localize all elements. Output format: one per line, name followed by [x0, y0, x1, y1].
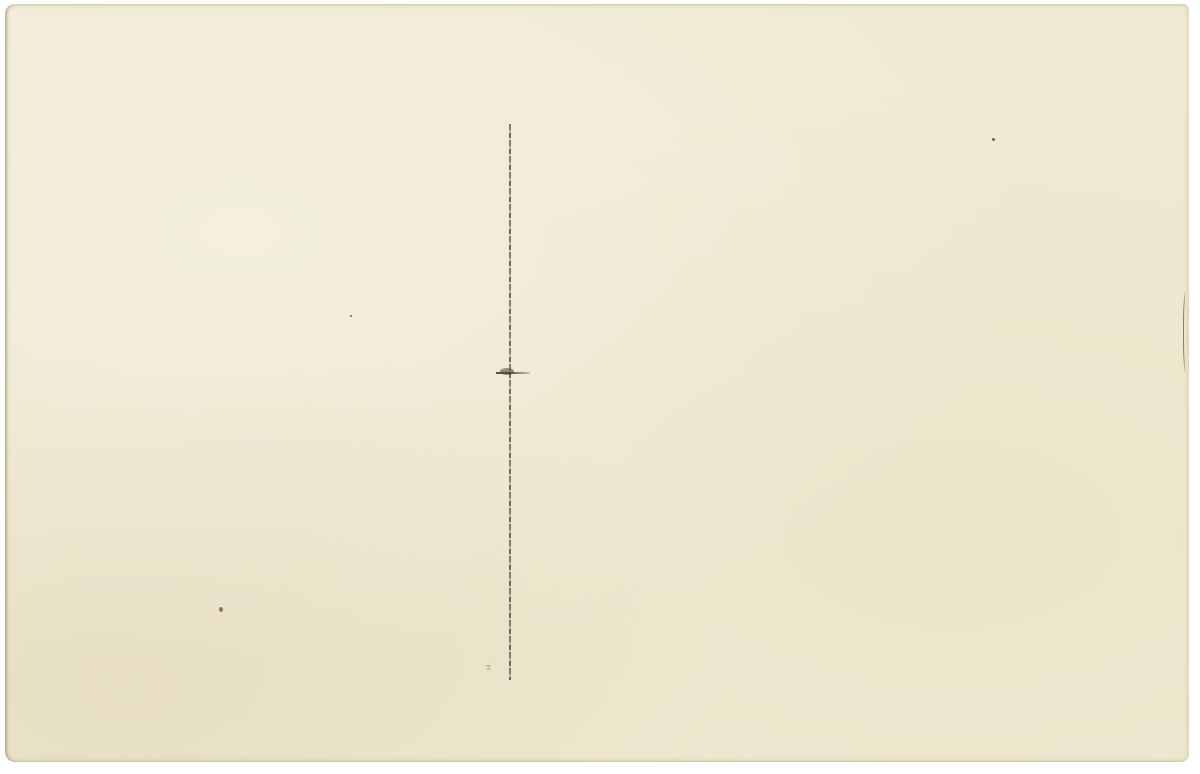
- edge-tear: [1183, 292, 1190, 372]
- paper-speck: [219, 607, 223, 612]
- postcard-divider-line: [509, 124, 511, 680]
- postcard-back: [5, 4, 1189, 762]
- paper-speck: [992, 138, 995, 141]
- printer-imprint-text: H.: [485, 661, 493, 670]
- paper-speck: [350, 315, 352, 317]
- divider-cross-mark: [496, 372, 530, 374]
